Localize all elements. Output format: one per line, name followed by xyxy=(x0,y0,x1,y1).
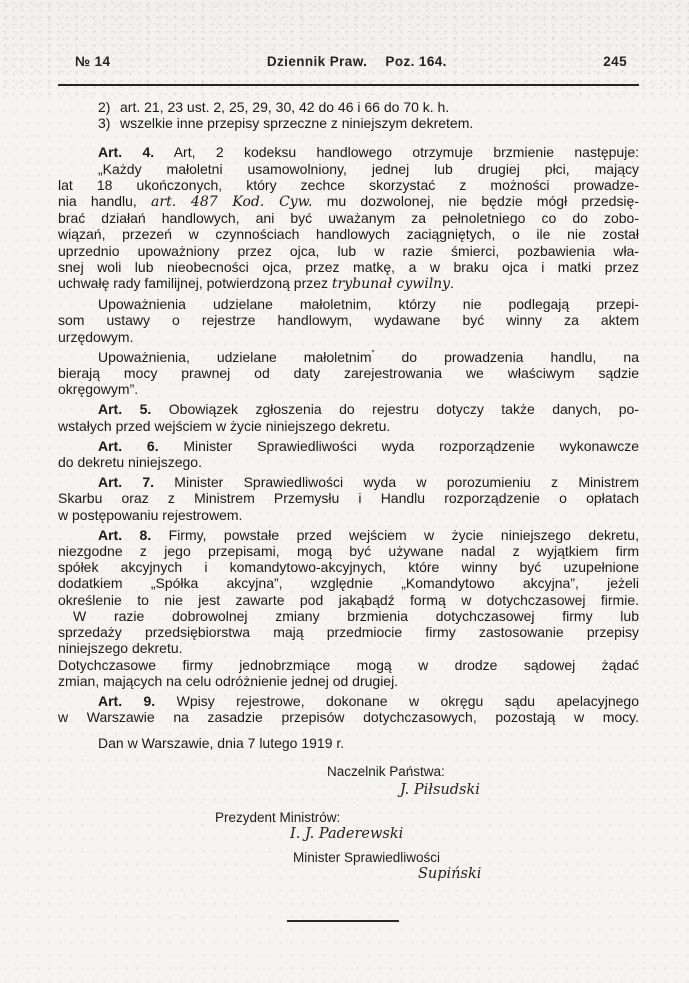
list-item: 3) wszelkie inne przepisy sprzeczne z ni… xyxy=(58,115,639,131)
text-line: zmian, mających na celu odróżnienie jedn… xyxy=(58,673,639,689)
position-label: Poz. 164. xyxy=(385,54,446,69)
text-line: Dotychczasowe firmy jednobrzmiące mogą w… xyxy=(58,657,639,673)
text-line: brać działań handlowych, ani być uważany… xyxy=(58,210,639,226)
text-segment: do prowadzenia handlu, na xyxy=(374,349,639,365)
text-line: W razie dobrowolnej zmiany brzmienia dot… xyxy=(58,608,639,624)
text-segment: nia handlu, xyxy=(58,193,151,209)
text-line: Art. 7. Minister Sprawiedliwości wyda w … xyxy=(58,474,639,490)
italic-text: trybunał cywilny xyxy=(332,276,450,292)
decree-body: Art. 4. Art, 2 kodeksu handlowego otrzym… xyxy=(58,144,639,751)
text-segment: brać działań handlowych, ani być uważany… xyxy=(58,210,639,226)
text-line: nia handlu, art. 487 Kod. Cyw. mu dozwol… xyxy=(58,193,639,210)
text-line: Art. 6. Minister Sprawiedliwości wyda ro… xyxy=(58,438,639,454)
list-item: 2) art. 21, 23 ust. 2, 25, 29, 30, 42 do… xyxy=(58,99,639,115)
text-segment: Obowiązek zgłoszenia do rejestru dotyczy… xyxy=(151,401,639,417)
text-segment: mu dozwolonej, nie będzie mógł przedsię- xyxy=(313,193,640,209)
text-line: sprzedaży przedsiębiorstwa mają przedmio… xyxy=(58,624,639,640)
italic-text: art. 487 Kod. Cyw. xyxy=(151,194,312,210)
text-line: spółek akcyjnych i komandytowo-akcyjnych… xyxy=(58,559,639,575)
article-label: Art. 9. xyxy=(98,693,155,709)
text-line: wstałych przed wejściem w życie niniejsz… xyxy=(58,418,639,434)
text-line: „Każdy małoletni usamowolniony, jednej l… xyxy=(58,161,639,177)
text-segment: Upoważnienia, udzielane małoletnim xyxy=(98,349,371,365)
text-line: lat 18 ukończonych, który zechce skorzys… xyxy=(58,177,639,193)
text-line: Art. 8. Firmy, powstałe przed wejściem w… xyxy=(58,527,639,543)
text-segment: w postępowaniu rejestrowem. xyxy=(58,507,242,523)
text-line: snej woli lub nieobecności ojca, przez m… xyxy=(58,259,639,275)
text-segment: Skarbu oraz z Ministrem Przemysłu i Hand… xyxy=(58,490,639,506)
text-line: Dan w Warszawie, dnia 7 lutego 1919 r. xyxy=(58,735,639,751)
text-line: wiązań, przezeń w czynnościach handlowyc… xyxy=(58,226,639,242)
article-label: Art. 5. xyxy=(98,401,151,417)
text-line: bierają mocy prawnej od daty zarejestrow… xyxy=(58,365,639,381)
text-segment: Minister Sprawiedliwości wyda w porozumi… xyxy=(154,474,639,490)
text-segment: Dan w Warszawie, dnia 7 lutego 1919 r. xyxy=(98,735,344,751)
text-segment: spółek akcyjnych i komandytowo-akcyjnych… xyxy=(58,559,639,575)
text-segment: Firmy, powstałe przed wejściem w życie n… xyxy=(151,527,639,543)
document-page: № 14 Dziennik Praw. Poz. 164. 245 2) art… xyxy=(0,0,689,983)
end-rule xyxy=(287,920,399,922)
text-segment: . xyxy=(450,275,454,291)
text-segment: okręgowym”. xyxy=(58,381,138,397)
text-line: som ustawy o rejestrze handlowym, wydawa… xyxy=(58,312,639,328)
text-segment: dodatkiem „Spółka akcyjna”, względnie „K… xyxy=(58,575,639,591)
list-item-text: wszelkie inne przepisy sprzeczne z ninie… xyxy=(120,115,473,131)
text-segment: wstałych przed wejściem w życie niniejsz… xyxy=(58,418,390,434)
text-line: określenie to nie jest zawarte pod jakąb… xyxy=(58,592,639,608)
text-line: niniejszego dekretu. xyxy=(58,640,639,656)
list-item-number: 2) xyxy=(98,99,120,115)
page-number: 245 xyxy=(603,54,627,69)
text-segment: określenie to nie jest zawarte pod jakąb… xyxy=(58,592,639,608)
article-label: Art. 7. xyxy=(98,474,154,490)
signature-title: Prezydent Ministrów: xyxy=(215,810,340,825)
text-segment: W razie dobrowolnej zmiany brzmienia dot… xyxy=(73,608,639,624)
text-segment: zmian, mających na celu odróżnienie jedn… xyxy=(58,673,398,689)
header-center: Dziennik Praw. Poz. 164. xyxy=(110,54,603,69)
text-segment: uprzednio upoważniony przez ojca, lub w … xyxy=(58,243,639,259)
text-segment: Art, 2 kodeksu handlowego otrzymuje brzm… xyxy=(154,144,639,160)
text-segment: do dekretu niniejszego. xyxy=(58,454,202,470)
issue-number: № 14 xyxy=(75,54,110,69)
list-item-number: 3) xyxy=(98,115,120,131)
text-line: Skarbu oraz z Ministrem Przemysłu i Hand… xyxy=(58,490,639,506)
text-line: Upoważnienia, udzielane małoletnim” do p… xyxy=(58,349,639,365)
text-segment: w Warszawie na zasadzie przepisów dotych… xyxy=(58,709,639,725)
text-line: Art. 4. Art, 2 kodeksu handlowego otrzym… xyxy=(58,144,639,160)
text-line: urzędowym. xyxy=(58,329,639,345)
text-line: dodatkiem „Spółka akcyjna”, względnie „K… xyxy=(58,575,639,591)
text-segment: niezgodne z jego przepisami, mogą być uż… xyxy=(58,543,639,559)
text-line: w postępowaniu rejestrowem. xyxy=(58,507,639,523)
article-label: Art. 6. xyxy=(98,438,159,454)
signature-name: Supiński xyxy=(418,866,481,882)
text-line: Art. 5. Obowiązek zgłoszenia do rejestru… xyxy=(58,401,639,417)
article-label: Art. 8. xyxy=(98,527,151,543)
text-line: niezgodne z jego przepisami, mogą być uż… xyxy=(58,543,639,559)
text-line: okręgowym”. xyxy=(58,381,639,397)
signature-block: Naczelnik Państwa: J. Piłsudski Prezyden… xyxy=(58,752,639,942)
article-label: Art. 4. xyxy=(98,144,154,160)
text-segment: sprzedaży przedsiębiorstwa mają przedmio… xyxy=(58,624,639,640)
intro-list: 2) art. 21, 23 ust. 2, 25, 29, 30, 42 do… xyxy=(58,99,639,131)
page-content: № 14 Dziennik Praw. Poz. 164. 245 2) art… xyxy=(58,54,639,942)
text-segment: snej woli lub nieobecności ojca, przez m… xyxy=(58,259,639,275)
signature-title: Naczelnik Państwa: xyxy=(327,764,445,779)
text-line: Upoważnienia udzielane małoletnim, którz… xyxy=(58,296,639,312)
page-header: № 14 Dziennik Praw. Poz. 164. 245 xyxy=(58,54,639,69)
text-segment: uchwałę rady familijnej, potwierdzoną pr… xyxy=(58,275,332,291)
text-segment: „Każdy małoletni usamowolniony, jednej l… xyxy=(98,161,639,177)
signature-title: Minister Sprawiedliwości xyxy=(293,850,440,865)
signature-name: I. J. Paderewski xyxy=(290,826,403,842)
text-segment: lat 18 ukończonych, który zechce skorzys… xyxy=(58,177,639,193)
text-segment: Wpisy rejestrowe, dokonane w okręgu sądu… xyxy=(155,693,639,709)
signature-name: J. Piłsudski xyxy=(400,782,480,798)
text-segment: wiązań, przezeń w czynnościach handlowyc… xyxy=(58,226,639,242)
text-line: do dekretu niniejszego. xyxy=(58,454,639,470)
text-segment: som ustawy o rejestrze handlowym, wydawa… xyxy=(58,312,639,328)
text-segment: Upoważnienia udzielane małoletnim, którz… xyxy=(98,296,639,312)
text-line: Art. 9. Wpisy rejestrowe, dokonane w okr… xyxy=(58,693,639,709)
text-line: uchwałę rady familijnej, potwierdzoną pr… xyxy=(58,275,639,292)
text-segment: bierają mocy prawnej od daty zarejestrow… xyxy=(58,365,639,381)
header-rule xyxy=(58,84,639,86)
text-line: uprzednio upoważniony przez ojca, lub w … xyxy=(58,243,639,259)
text-segment: Minister Sprawiedliwości wyda rozporządz… xyxy=(159,438,639,454)
list-item-text: art. 21, 23 ust. 2, 25, 29, 30, 42 do 46… xyxy=(120,99,449,115)
text-line: w Warszawie na zasadzie przepisów dotych… xyxy=(58,709,639,725)
text-segment: niniejszego dekretu. xyxy=(58,640,183,656)
text-segment: Dotychczasowe firmy jednobrzmiące mogą w… xyxy=(58,657,639,673)
journal-title: Dziennik Praw. xyxy=(267,54,367,69)
text-segment: urzędowym. xyxy=(58,329,133,345)
